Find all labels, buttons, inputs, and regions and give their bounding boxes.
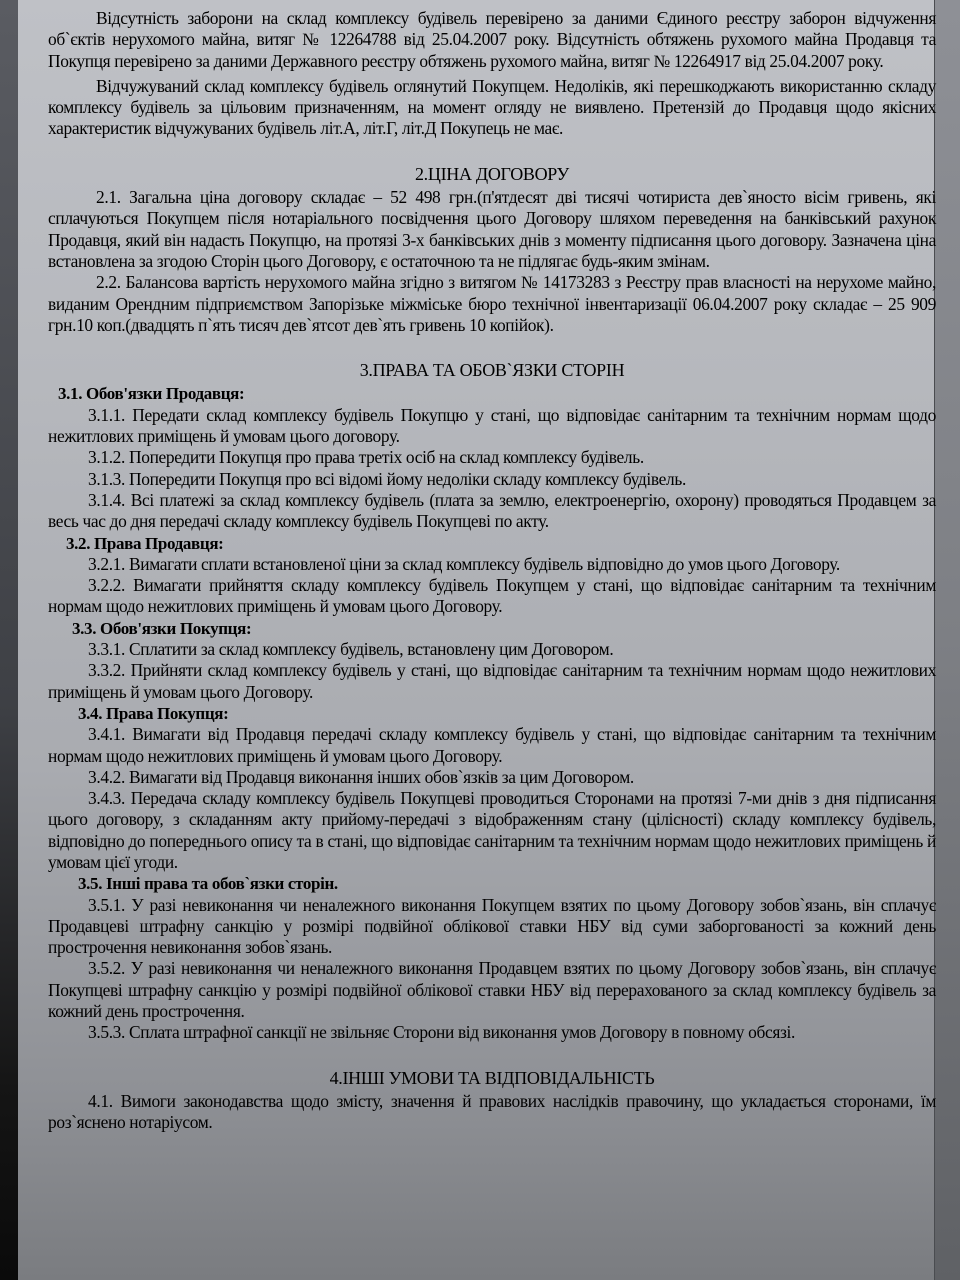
clause-3-4-3: 3.4.3. Передача складу комплексу будівел… (48, 788, 936, 873)
clause-3-1-4: 3.1.4. Всі платежі за склад комплексу бу… (48, 490, 936, 533)
clause-3-3-1: 3.3.1. Сплатити за склад комплексу будів… (48, 639, 936, 660)
clause-3-5-3: 3.5.3. Сплата штрафної санкції не звільн… (48, 1022, 936, 1043)
clause-3-1-1: 3.1.1. Передати склад комплексу будівель… (48, 405, 936, 448)
clause-2-2: 2.2. Балансова вартість нерухомого майна… (48, 272, 936, 336)
clause-3-1-3: 3.1.3. Попередити Покупця про всі відомі… (48, 469, 936, 490)
section-4-title: 4.ІНШІ УМОВИ ТА ВІДПОВІДАЛЬНІСТЬ (48, 1068, 936, 1089)
clause-3-2-1: 3.2.1. Вимагати сплати встановленої ціни… (48, 554, 936, 575)
clause-3-3-2: 3.3.2. Прийняти склад комплексу будівель… (48, 660, 936, 703)
section-3-title: 3.ПРАВА ТА ОБОВ`ЯЗКИ СТОРІН (48, 360, 936, 381)
subsection-3-1-heading: 3.1. Обов'язки Продавця: (48, 383, 936, 404)
intro-paragraph-1: Відсутність заборони на склад комплексу … (48, 8, 936, 72)
clause-3-4-2: 3.4.2. Вимагати від Продавця виконання і… (48, 767, 936, 788)
clause-3-1-2: 3.1.2. Попередити Покупця про права трет… (48, 447, 936, 468)
clause-4-1: 4.1. Вимоги законодавства щодо змісту, з… (48, 1091, 936, 1134)
clause-3-5-2: 3.5.2. У разі невиконання чи неналежного… (48, 958, 936, 1022)
document-body: Відсутність заборони на склад комплексу … (48, 8, 936, 1134)
subsection-3-4-heading: 3.4. Права Покупця: (48, 703, 936, 724)
clause-3-2-2: 3.2.2. Вимагати прийняття складу комплек… (48, 575, 936, 618)
section-2-title: 2.ЦІНА ДОГОВОРУ (48, 164, 936, 185)
clause-2-1: 2.1. Загальна ціна договору складає – 52… (48, 187, 936, 272)
subsection-3-5-heading: 3.5. Інші права та обов`язки сторін. (48, 873, 936, 894)
subsection-3-3-heading: 3.3. Обов'язки Покупця: (48, 618, 936, 639)
clause-3-5-1: 3.5.1. У разі невиконання чи неналежного… (48, 895, 936, 959)
clause-3-4-1: 3.4.1. Вимагати від Продавця передачі ск… (48, 724, 936, 767)
next-page-edge (934, 0, 960, 1280)
subsection-3-2-heading: 3.2. Права Продавця: (48, 533, 936, 554)
intro-paragraph-2: Відчужуваний склад комплексу будівель ог… (48, 76, 936, 140)
